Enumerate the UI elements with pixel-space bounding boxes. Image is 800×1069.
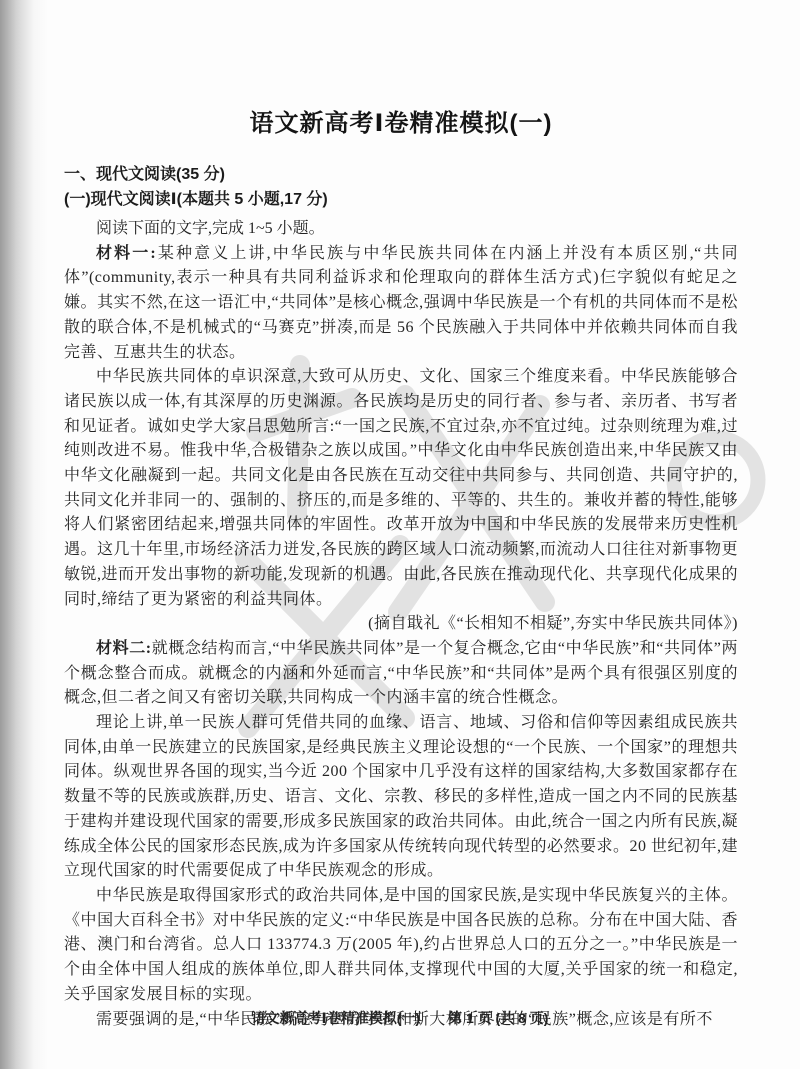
passage-body: 材料一:某种意义上讲,中华民族与中华民族共同体在内涵上并没有本质区别,“共同体”… <box>64 242 738 1033</box>
footer-page-number: 第 1 页 (共 8 页) <box>448 1010 548 1026</box>
footer-doc-title: 语文新高考Ⅰ卷精准模拟(一) <box>252 1010 421 1026</box>
page-content: 语文新高考Ⅰ卷精准模拟(一) 一、现代文阅读(35 分) (一)现代文阅读Ⅰ(本… <box>0 106 800 1032</box>
material-2-label: 材料二: <box>96 640 152 657</box>
reading-instruction: 阅读下面的文字,完成 1~5 小题。 <box>64 217 738 242</box>
material-2-paragraph-2: 理论上讲,单一民族人群可凭借共同的血缘、语言、地域、习俗和信仰等因素组成民族共同… <box>64 711 738 884</box>
material-2-paragraph-3: 中华民族是取得国家形式的政治共同体,是中国的国家民族,是实现中华民族复兴的主体。… <box>64 884 738 1008</box>
material-1-paragraph-2: 中华民族共同体的卓识深意,大致可从历史、文化、国家三个维度来看。中华民族能够合诸… <box>64 365 738 612</box>
scanned-exam-page: 语文新高考Ⅰ卷精准模拟(一) 一、现代文阅读(35 分) (一)现代文阅读Ⅰ(本… <box>0 0 800 1069</box>
material-1-text-1: 某种意义上讲,中华民族与中华民族共同体在内涵上并没有本质区别,“共同体”(com… <box>64 245 738 361</box>
material-2-text-1: 就概念结构而言,“中华民族共同体”是一个复合概念,它由“中华民族”和“共同体”两… <box>64 640 738 706</box>
material-1-paragraph-1: 材料一:某种意义上讲,中华民族与中华民族共同体在内涵上并没有本质区别,“共同体”… <box>64 242 738 366</box>
section-heading: 一、现代文阅读(35 分) <box>64 166 738 184</box>
subsection-heading: (一)现代文阅读Ⅰ(本题共 5 小题,17 分) <box>64 191 738 209</box>
material-1-attribution: (摘自戢礼《“长相知不相疑”,夯实中华民族共同体》) <box>64 612 738 637</box>
page-footer: 语文新高考Ⅰ卷精准模拟(一)第 1 页 (共 8 页) <box>0 1008 800 1028</box>
page-title: 语文新高考Ⅰ卷精准模拟(一) <box>64 106 738 142</box>
material-1-label: 材料一: <box>96 245 156 262</box>
material-2-paragraph-1: 材料二:就概念结构而言,“中华民族共同体”是一个复合概念,它由“中华民族”和“共… <box>64 637 738 711</box>
